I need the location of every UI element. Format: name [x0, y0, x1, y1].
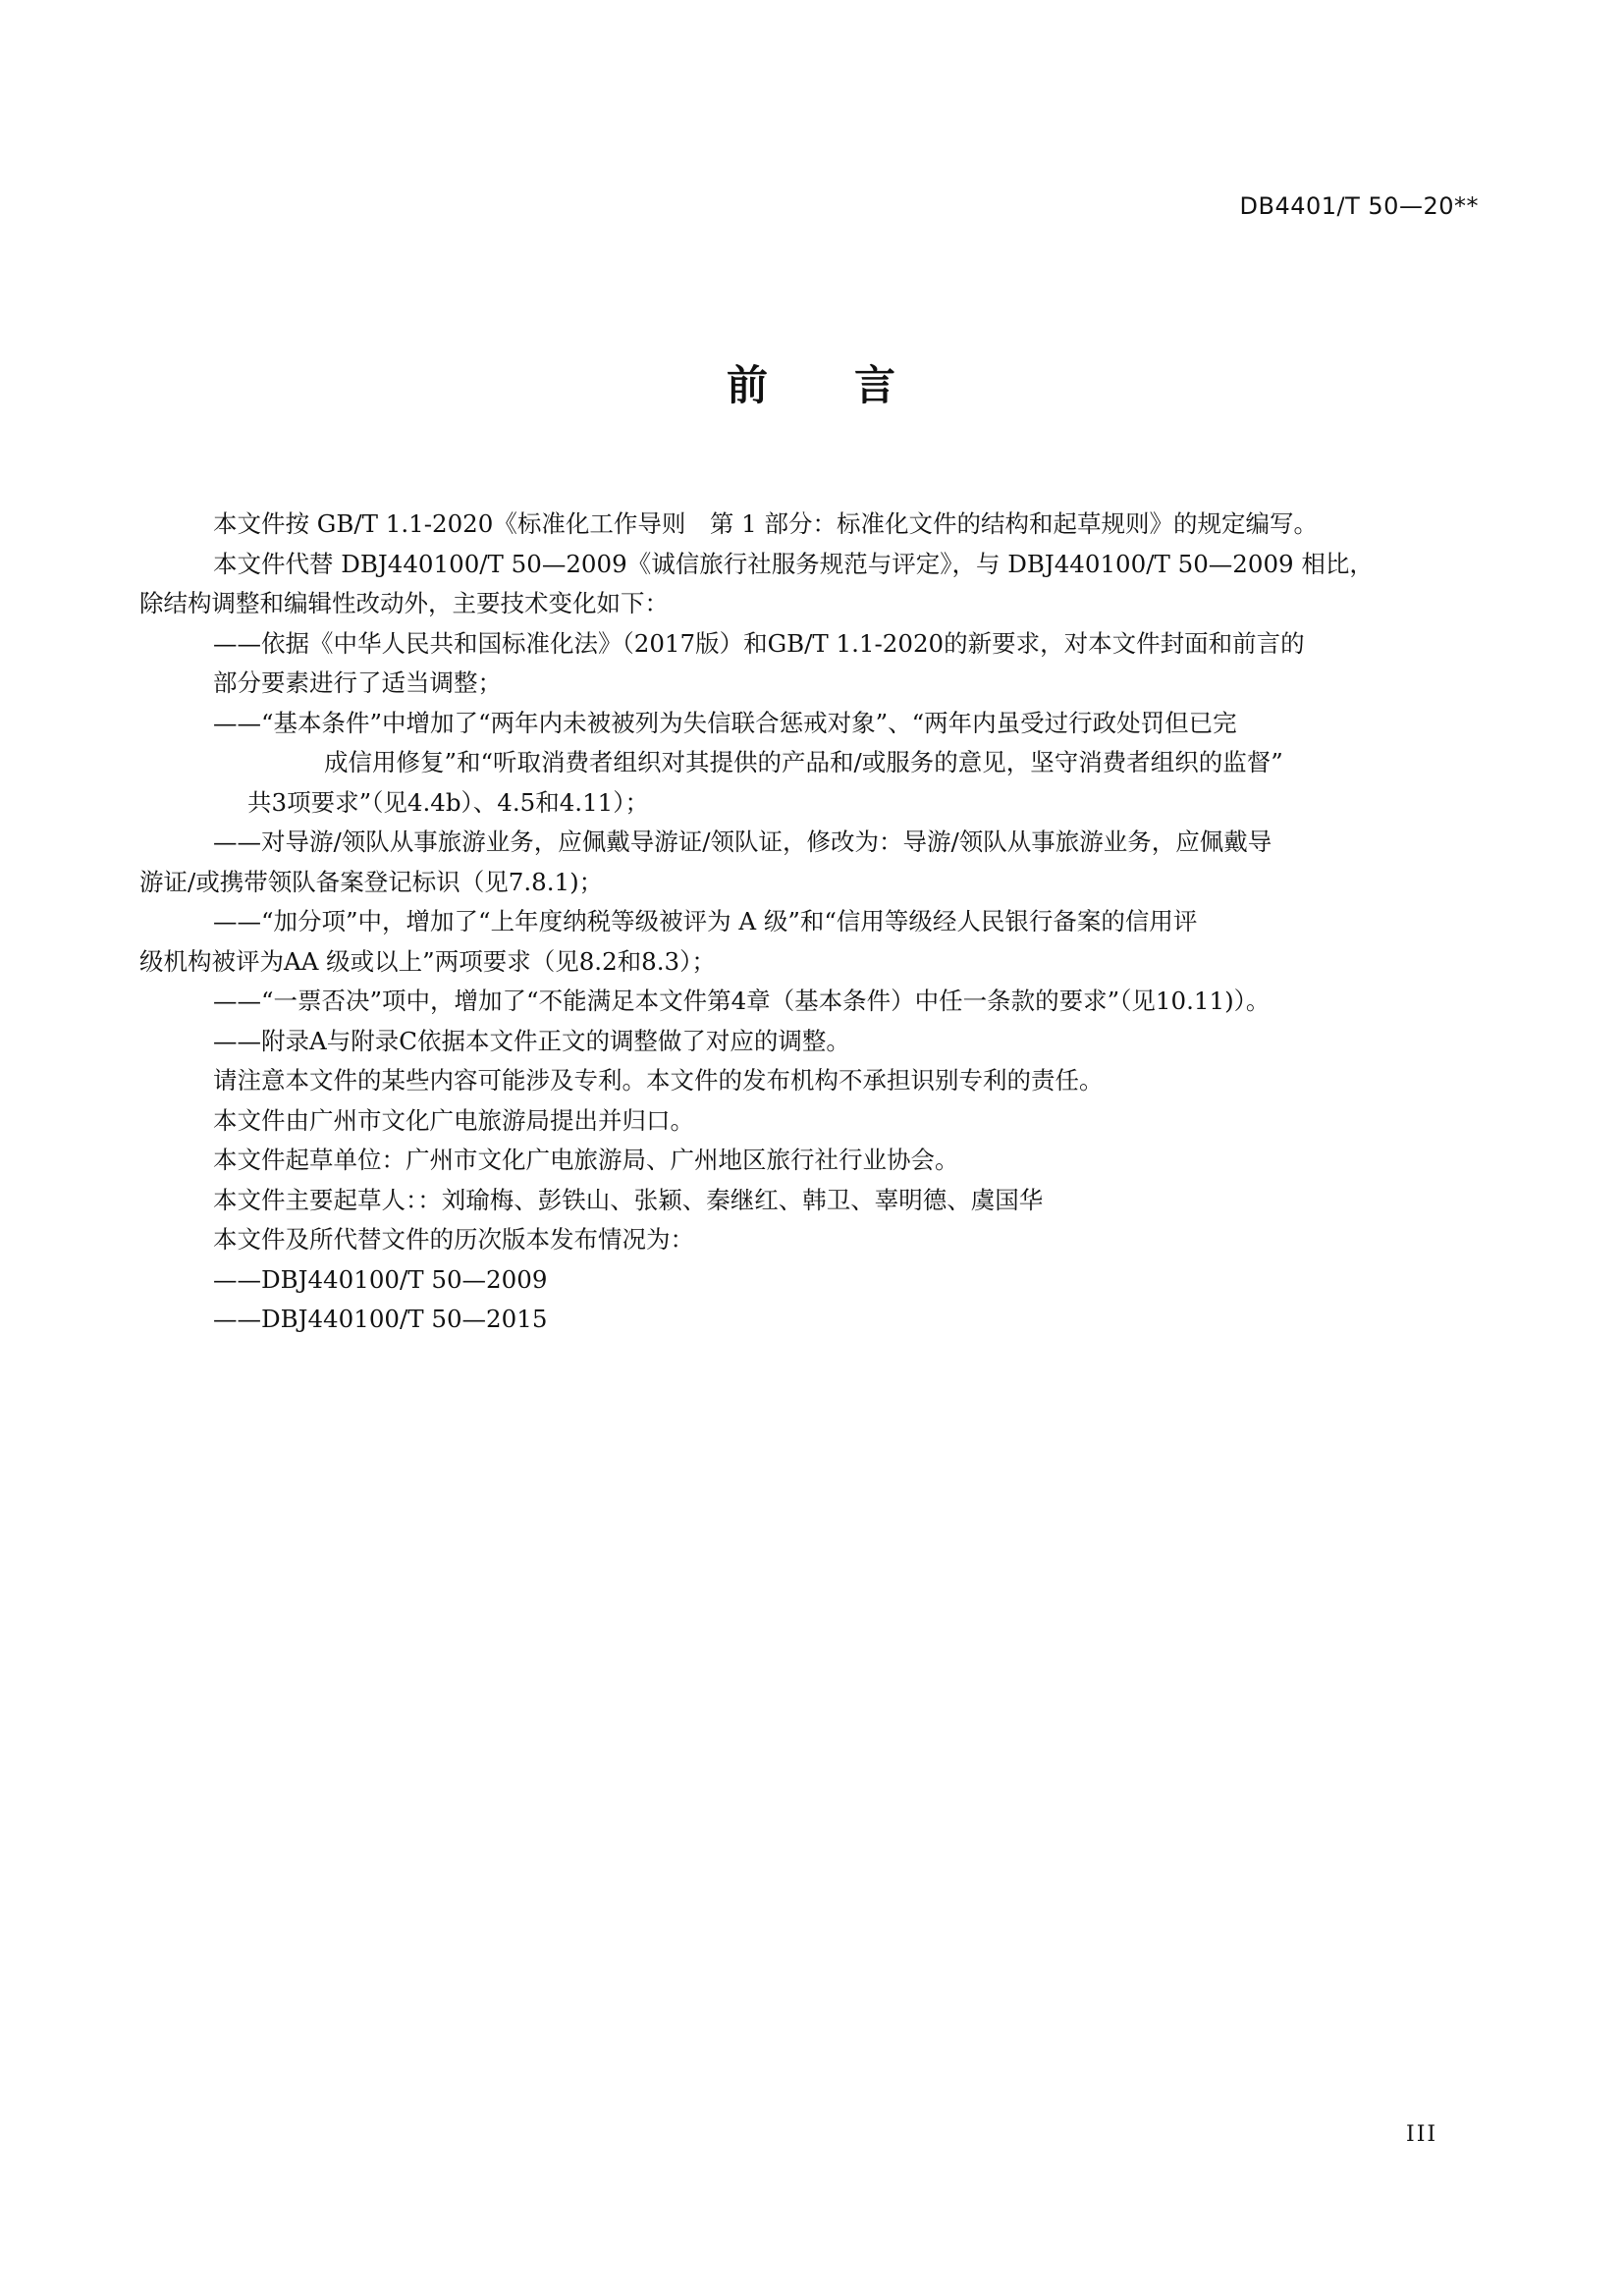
- paragraph-line: 本文件及所代替文件的历次版本发布情况为：: [213, 1220, 1483, 1260]
- paragraph-line: 本文件主要起草人：：刘瑜梅、彭铁山、张颖、秦继红、韩卫、辜明德、虞国华: [213, 1181, 1483, 1221]
- list-item-line: ——附录A与附录C依据本文件正文的调整做了对应的调整。: [213, 1022, 1483, 1062]
- list-item-line: ——“加分项”中，增加了“上年度纳税等级被评为 A 级”和“信用等级经人民银行备…: [213, 902, 1483, 942]
- list-item-line: 部分要素进行了适当调整；: [213, 664, 1483, 704]
- version-history-item: ——DBJ440100/T 50—2009: [213, 1260, 1483, 1301]
- foreword-body: 本文件按 GB/T 1.1-2020《标准化工作导则 第 1 部分：标准化文件的…: [206, 505, 1483, 1340]
- paragraph-line: 本文件代替 DBJ440100/T 50—2009《诚信旅行社服务规范与评定》，…: [213, 545, 1483, 585]
- list-item-line: 游证/或携带领队备案登记标识（见7.8.1)；: [139, 863, 1483, 903]
- list-item-line: ——“一票否决”项中，增加了“不能满足本文件第4章（基本条件）中任一条款的要求”…: [213, 982, 1483, 1022]
- list-item-line: 共3项要求”（见4.4b）、4.5和4.11）；: [247, 783, 1483, 824]
- list-item-line: 级机构被评为AA 级或以上”两项要求（见8.2和8.3）；: [139, 942, 1483, 983]
- paragraph-line: 本文件由广州市文化广电旅游局提出并归口。: [213, 1101, 1483, 1142]
- list-item-line: ——依据《中华人民共和国标准化法》（2017版）和GB/T 1.1-2020的新…: [213, 624, 1483, 665]
- list-item-line: ——对导游/领队从事旅游业务，应佩戴导游证/领队证，修改为：导游/领队从事旅游业…: [213, 823, 1483, 863]
- version-history-item: ——DBJ440100/T 50—2015: [213, 1300, 1483, 1340]
- page-title: 前言: [0, 353, 1624, 412]
- paragraph-line: 本文件起草单位：广州市文化广电旅游局、广州地区旅行社行业协会。: [213, 1141, 1483, 1181]
- list-item-line: 成信用修复”和“听取消费者组织对其提供的产品和/或服务的意见，坚守消费者组织的监…: [324, 743, 1483, 783]
- document-code: DB4401/T 50—20**: [1240, 192, 1479, 220]
- paragraph-line: 本文件按 GB/T 1.1-2020《标准化工作导则 第 1 部分：标准化文件的…: [213, 505, 1483, 545]
- paragraph-line: 除结构调整和编辑性改动外，主要技术变化如下：: [139, 584, 1483, 624]
- paragraph-line: 请注意本文件的某些内容可能涉及专利。本文件的发布机构不承担识别专利的责任。: [213, 1061, 1483, 1101]
- page-number: III: [1406, 2122, 1437, 2147]
- list-item-line: ——“基本条件”中增加了“两年内未被被列为失信联合惩戒对象”、“两年内虽受过行政…: [213, 704, 1483, 744]
- title-char-2: 言: [854, 361, 897, 409]
- title-char-1: 前: [727, 361, 770, 409]
